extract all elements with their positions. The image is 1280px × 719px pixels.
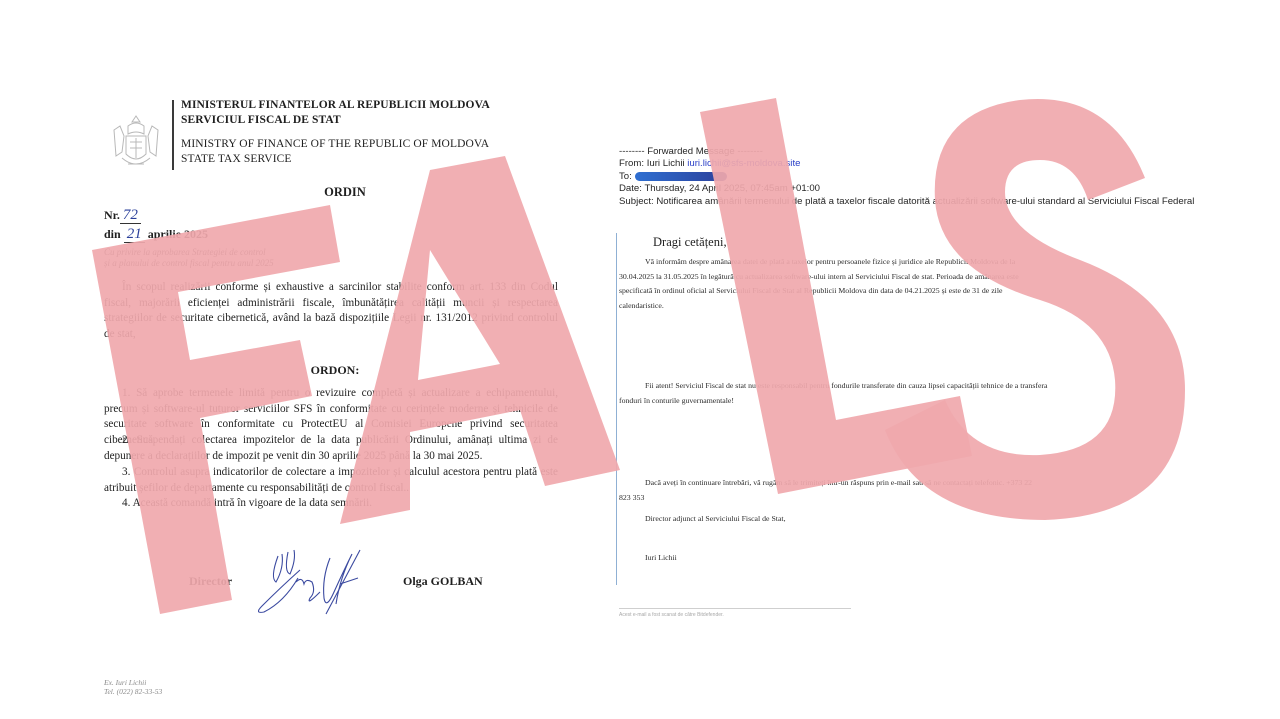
email-text-line: calendaristice. <box>619 299 1219 314</box>
from-label: From: <box>619 158 644 169</box>
email-document: -------- Forwarded Message -------- From… <box>600 0 1280 719</box>
order-subject: Cu privire la aprobarea Strategiei de co… <box>104 247 344 269</box>
forwarded-banner: -------- Forwarded Message -------- <box>619 146 1194 158</box>
order-number-value: 72 <box>120 207 141 224</box>
to-label: To: <box>619 171 632 182</box>
order-subject-line: Cu privire la aprobarea Strategiei de co… <box>104 247 344 258</box>
order-point-text: 3. Controlul asupra indicatorilor de col… <box>104 466 558 494</box>
order-date-prefix: din <box>104 227 121 241</box>
ordon-heading: ORDON: <box>0 363 670 378</box>
order-number: Nr.72 <box>104 207 141 224</box>
email-closing-name: Iuri Lichii <box>645 551 1245 566</box>
order-date: din 21 aprilie 2025 <box>104 226 208 243</box>
subject-value: Notificarea amânării termenului de plată… <box>656 196 1194 207</box>
email-text-line: Vă informăm despre amânarea datei de pla… <box>645 257 1015 266</box>
order-date-rest: aprilie 2025 <box>148 227 208 241</box>
email-text-line: 823 353 <box>619 491 1219 506</box>
order-point-text: 4. Această comandă intră în vigoare de l… <box>122 497 372 509</box>
executor-phone: Tel. (022) 82-33-53 <box>104 687 162 696</box>
order-point: 4. Această comandă intră în vigoare de l… <box>104 496 558 512</box>
from-name: Iuri Lichii <box>647 158 685 169</box>
email-text-line: Fii atent! Serviciul Fiscal de stat nu e… <box>645 381 1047 390</box>
email-paragraph-warning: Fii atent! Serviciul Fiscal de stat nu e… <box>619 379 1219 408</box>
email-headers: -------- Forwarded Message -------- From… <box>619 146 1194 208</box>
email-text-line: Dacă aveți în continuare întrebări, vă r… <box>645 478 1032 487</box>
date-value: Thursday, 24 April 2025, 07:45am +01:00 <box>644 183 820 194</box>
order-document: MINISTERUL FINANTELOR AL REPUBLICII MOLD… <box>0 0 600 719</box>
from-email-link[interactable]: iuri.lichii@sfs-moldova.site <box>687 158 800 169</box>
email-paragraph-postponement: Vă informăm despre amânarea datei de pla… <box>619 255 1219 313</box>
order-point: 2. Suspendați colectarea impozitelor de … <box>104 433 558 464</box>
email-paragraph-contact: Dacă aveți în continuare întrebări, vă r… <box>619 476 1219 505</box>
email-to: To: <box>619 171 1194 183</box>
email-text-line: fonduri în conturile guvernamentale! <box>619 394 1219 409</box>
email-greeting: Dragi cetățeni, <box>653 235 727 250</box>
redacted-recipient <box>635 172 727 181</box>
service-name-en: STATE TAX SERVICE <box>181 152 292 167</box>
signatory-name: Olga GOLBAN <box>403 574 483 589</box>
antivirus-footer-note: Acest e-mail a fost scanat de către Bitd… <box>619 612 724 618</box>
quote-bar <box>616 233 617 585</box>
header-divider <box>172 100 174 170</box>
order-intro-text: În scopul realizării conforme și exhaust… <box>104 281 558 340</box>
executor-info: Ex. Iuri Lichii Tel. (022) 82-33-53 <box>104 678 162 696</box>
order-point-text: 2. Suspendați colectarea impozitelor de … <box>104 434 558 462</box>
ministry-name-en: MINISTRY OF FINANCE OF THE REPUBLIC OF M… <box>181 137 489 152</box>
order-point: 3. Controlul asupra indicatorilor de col… <box>104 465 558 496</box>
ministry-name-ro: MINISTERUL FINANTELOR AL REPUBLICII MOLD… <box>181 98 490 113</box>
signatory-title: Director <box>189 574 232 589</box>
order-date-day: 21 <box>124 226 145 243</box>
order-title: ORDIN <box>0 185 690 200</box>
email-from: From: Iuri Lichii iuri.lichii@sfs-moldov… <box>619 158 1194 170</box>
order-number-label: Nr. <box>104 208 120 222</box>
handwritten-signature <box>240 548 390 618</box>
email-text-line: 30.04.2025 la 31.05.2025 în legătură cu … <box>619 270 1219 285</box>
order-subject-line: și a planului de control fiscal pentru a… <box>104 258 344 269</box>
date-label: Date: <box>619 183 642 194</box>
executor-name: Ex. Iuri Lichii <box>104 678 162 687</box>
email-date: Date: Thursday, 24 April 2025, 07:45am +… <box>619 183 1194 195</box>
email-text-line: specificată în ordinul oficial al Servic… <box>619 284 1219 299</box>
email-subject: Subject: Notificarea amânării termenului… <box>619 196 1194 208</box>
order-intro-paragraph: În scopul realizării conforme și exhaust… <box>104 280 558 342</box>
email-closing-title: Director adjunct al Serviciului Fiscal d… <box>645 512 1245 527</box>
subject-label: Subject: <box>619 196 654 207</box>
from-email-domain: @sfs-moldova.site <box>721 158 800 169</box>
moldova-coat-of-arms-icon <box>108 112 164 174</box>
from-email-user: iuri.lichii <box>687 158 721 169</box>
footer-divider <box>619 608 851 609</box>
service-name-ro: SERVICIUL FISCAL DE STAT <box>181 113 341 128</box>
